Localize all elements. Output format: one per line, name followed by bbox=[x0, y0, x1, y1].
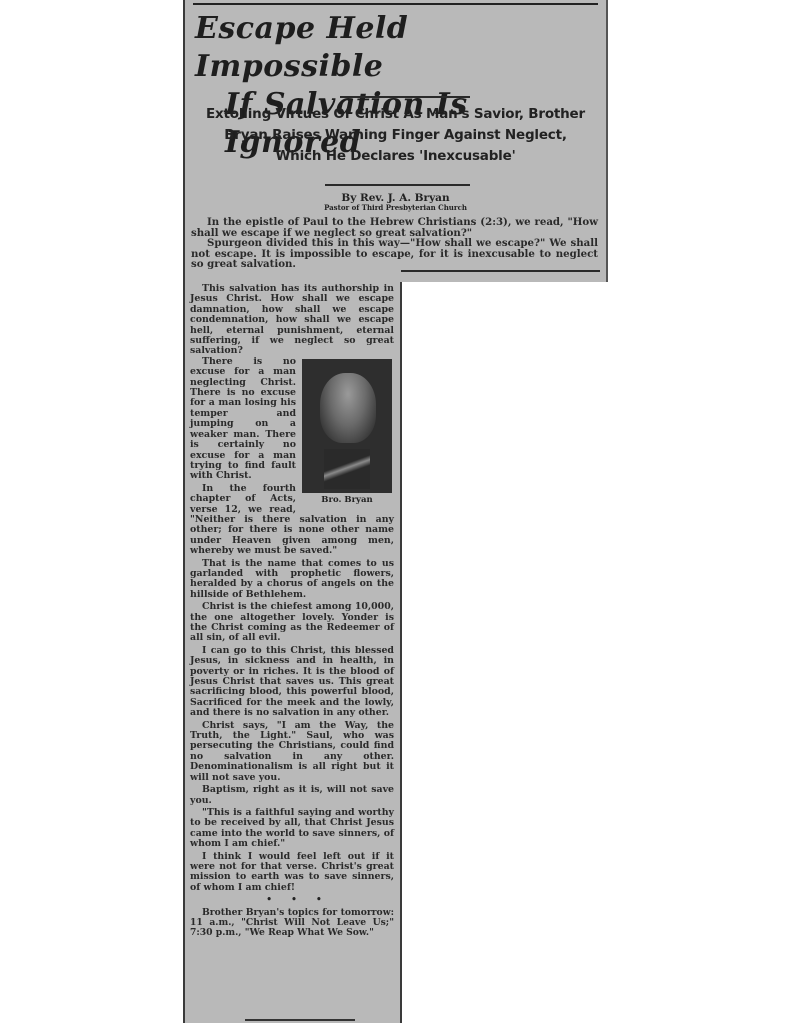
column-paragraph: I think I would feel left out if it were… bbox=[190, 852, 394, 894]
deck-line-1: Extolling Virtues Of Christ As Man's Sav… bbox=[191, 104, 600, 125]
column-paragraph: I can go to this Christ, this blessed Je… bbox=[190, 646, 394, 719]
deck: Extolling Virtues Of Christ As Man's Sav… bbox=[191, 104, 600, 167]
portrait-photo: Bro. Bryan bbox=[302, 359, 392, 505]
top-rule bbox=[193, 3, 598, 5]
portrait-collar bbox=[324, 449, 370, 489]
clipping-column: This salvation has its authorship in Jes… bbox=[183, 282, 402, 1023]
deck-rule bbox=[325, 184, 470, 186]
column-paragraph: Christ is the chiefest among 10,000, the… bbox=[190, 602, 394, 644]
bottom-rule bbox=[245, 1019, 355, 1021]
section-rule bbox=[401, 270, 600, 272]
topics-note: Brother Bryan's topics for tomorrow: 11 … bbox=[190, 908, 394, 939]
headline-line-1: Escape Held Impossible bbox=[185, 10, 606, 86]
column-paragraph: Christ says, "I am the Way, the Truth, t… bbox=[190, 721, 394, 783]
lead-paragraph: In the epistle of Paul to the Hebrew Chr… bbox=[191, 217, 598, 238]
byline: By Rev. J. A. Bryan Pastor of Third Pres… bbox=[185, 192, 606, 212]
headline-rule bbox=[340, 96, 470, 98]
portrait-image bbox=[302, 359, 392, 493]
column-paragraph: Baptism, right as it is, will not save y… bbox=[190, 785, 394, 806]
column-text: This salvation has its authorship in Jes… bbox=[190, 284, 394, 941]
portrait-face bbox=[320, 373, 376, 443]
lead-paragraph: Spurgeon divided this in this way—"How s… bbox=[191, 238, 598, 270]
lead-text: In the epistle of Paul to the Hebrew Chr… bbox=[191, 217, 598, 270]
column-paragraph: This salvation has its authorship in Jes… bbox=[190, 284, 394, 357]
photo-caption: Bro. Bryan bbox=[302, 495, 392, 505]
clipping-header-block: Escape Held Impossible If Salvation Is I… bbox=[183, 0, 608, 282]
deck-line-2: Bryan Raises Warning Finger Against Negl… bbox=[191, 125, 600, 146]
column-paragraph: "This is a faithful saying and worthy to… bbox=[190, 808, 394, 850]
deck-line-3: Which He Declares 'Inexcusable' bbox=[191, 146, 600, 167]
byline-title: Pastor of Third Presbyterian Church bbox=[185, 204, 606, 212]
separator-dots: • • • bbox=[190, 895, 394, 905]
column-paragraph: That is the name that comes to us garlan… bbox=[190, 559, 394, 601]
